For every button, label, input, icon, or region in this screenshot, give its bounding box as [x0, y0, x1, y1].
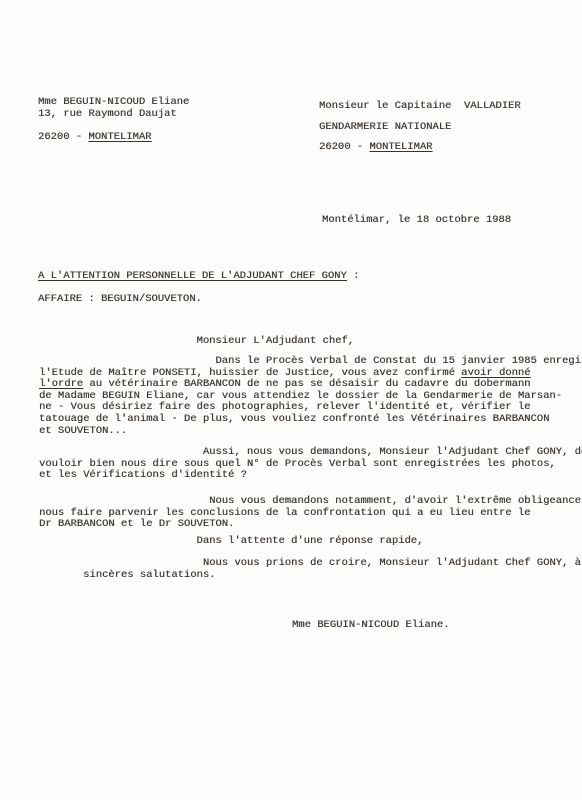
letter-line: et les Vérifications d'identité ?	[39, 470, 582, 482]
salutation-line: Monsieur L'Adjudant chef,	[39, 336, 354, 348]
letter-line: A L'ATTENTION PERSONNELLE DE L'ADJUDANT …	[38, 271, 359, 283]
body-paragraph-5: Nous vous prions de croire, Monsieur l'A…	[39, 558, 582, 581]
text-segment: 13, rue Raymond Daujat	[38, 108, 177, 120]
text-segment: Nous vous prions de croire, Monsieur l'A…	[39, 557, 582, 569]
letter-line: Dans l'attente d'une réponse rapide,	[39, 536, 423, 548]
body-paragraph-2: Aussi, nous vous demandons, Monsieur l'A…	[39, 447, 582, 482]
body-paragraph-4: Dans l'attente d'une réponse rapide,	[39, 536, 423, 548]
text-segment: Nous vous demandons notamment, d'avoir l…	[39, 495, 582, 507]
letter-line: Dr BARBANCON et le Dr SOUVETON.	[39, 519, 582, 531]
underlined-text: l'ordre	[39, 378, 83, 390]
text-segment: au vétérinaire BARBANCON de ne pas se dé…	[83, 378, 530, 390]
text-segment: sincères salutations.	[39, 569, 215, 581]
letter-line: Monsieur le Capitaine VALLADIER	[319, 96, 521, 117]
letter-line: Monsieur L'Adjudant chef,	[39, 336, 354, 348]
text-segment: Mme BEGUIN-NICOUD Eliane	[38, 96, 189, 108]
text-segment: :	[347, 270, 360, 282]
text-segment: GENDARMERIE NATIONALE	[319, 121, 451, 133]
text-segment: et les Vérifications d'identité ?	[39, 469, 247, 481]
recipient-address-block: Monsieur le Capitaine VALLADIERGENDARMER…	[319, 96, 521, 158]
attention-and-case-block: A L'ATTENTION PERSONNELLE DE L'ADJUDANT …	[38, 271, 359, 306]
sender-address-block: Mme BEGUIN-NICOUD Eliane13, rue Raymond …	[38, 97, 189, 143]
text-segment: Monsieur le Capitaine VALLADIER	[319, 100, 521, 112]
text-segment: Dr BARBANCON et le Dr SOUVETON.	[39, 518, 234, 530]
letter-line: GENDARMERIE NATIONALE	[319, 117, 521, 138]
underlined-text: avoir donné	[461, 367, 530, 379]
text-segment: l'Etude de Maître PONSETI, huissier de J…	[39, 367, 461, 379]
text-segment: AFFAIRE : BEGUIN/SOUVETON.	[38, 293, 202, 305]
text-segment: tatouage de l'animal - De plus, vous vou…	[39, 413, 549, 425]
text-segment: vouloir bien nous dire sous quel N° de P…	[39, 458, 556, 470]
text-segment: Monsieur L'Adjudant chef,	[39, 335, 354, 347]
body-paragraph-3: Nous vous demandons notamment, d'avoir l…	[39, 496, 582, 531]
underlined-text: A L'ATTENTION PERSONNELLE DE L'ADJUDANT …	[38, 270, 347, 282]
letter-line: 13, rue Raymond Daujat	[38, 109, 189, 121]
text-segment: Dans le Procès Verbal de Constat du 15 j…	[39, 355, 582, 367]
letter-page: Mme BEGUIN-NICOUD Eliane13, rue Raymond …	[0, 0, 582, 800]
text-segment: et SOUVETON...	[39, 425, 127, 437]
underlined-text: MONTELIMAR	[369, 141, 432, 153]
letter-line: 26200 - MONTELIMAR	[319, 137, 521, 158]
text-segment: Dans l'attente d'une réponse rapide,	[39, 535, 423, 547]
text-segment: Aussi, nous vous demandons, Monsieur l'A…	[39, 446, 582, 458]
letter-line: 26200 - MONTELIMAR	[38, 132, 189, 144]
body-paragraph-1: Dans le Procès Verbal de Constat du 15 j…	[39, 356, 582, 437]
letter-line: et SOUVETON...	[39, 426, 582, 438]
text-segment: de Madame BEGUIN Eliane, car vous attend…	[39, 390, 562, 402]
letter-line: AFFAIRE : BEGUIN/SOUVETON.	[38, 294, 359, 306]
letter-date: Montélimar, le 18 octobre 1988	[322, 214, 511, 226]
text-segment: 26200 -	[38, 131, 88, 143]
date-line: Montélimar, le 18 octobre 1988	[322, 215, 511, 227]
signature-line: Mme BEGUIN-NICOUD Eliane.	[292, 620, 450, 632]
text-segment: nous faire parvenir les conclusions de l…	[39, 507, 530, 519]
text-segment: 26200 -	[319, 141, 369, 153]
text-segment: ne - Vous désiriez faire des photographi…	[39, 401, 530, 413]
letter-line: sincères salutations.	[39, 570, 582, 582]
underlined-text: MONTELIMAR	[88, 131, 151, 143]
signature-name: Mme BEGUIN-NICOUD Eliane.	[292, 619, 450, 631]
